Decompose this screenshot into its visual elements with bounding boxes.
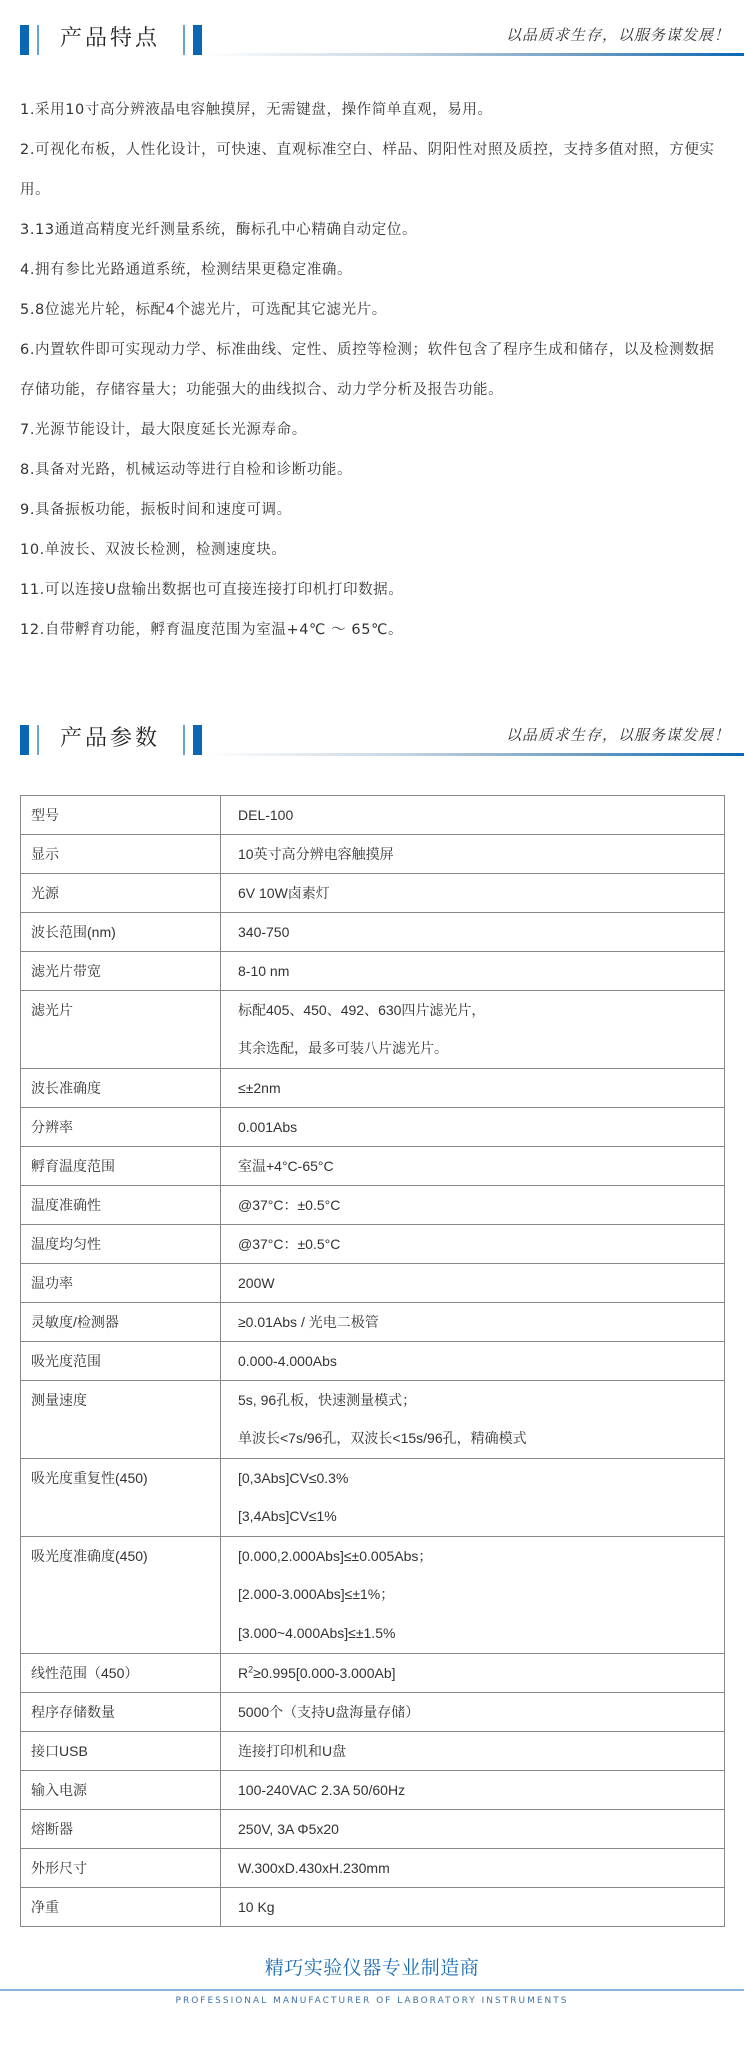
spec-value: W.300xD.430xH.230mm [221, 1849, 725, 1888]
footer-title: 精巧实验仪器专业制造商 [0, 1955, 744, 1981]
table-row: 波长范围(nm) 340-750 [21, 913, 725, 952]
spec-value: @37°C：±0.5°C [221, 1225, 725, 1264]
spec-key: 型号 [21, 796, 221, 835]
spec-value: 250V, 3A Φ5x20 [221, 1810, 725, 1849]
spec-value: DEL-100 [221, 796, 725, 835]
table-row: 线性范围（450） R2≥0.995[0.000-3.000Ab] [21, 1654, 725, 1693]
spec-value: ≤±2nm [221, 1069, 725, 1108]
section-slogan: 以品质求生存，以服务谋发展！ [506, 25, 730, 45]
section-slogan: 以品质求生存，以服务谋发展！ [506, 725, 730, 745]
feature-item: 6.内置软件即可实现动力学、标准曲线、定性、质控等检测；软件包含了程序生成和储存… [20, 330, 720, 410]
spec-key: 显示 [21, 835, 221, 874]
feature-item: 2.可视化布板，人性化设计，可快速、直观标准空白、样品、阴阳性对照及质控，支持多… [20, 130, 720, 210]
table-row: 吸光度范围 0.000-4.000Abs [21, 1342, 725, 1381]
spec-key: 灵敏度/检测器 [21, 1303, 221, 1342]
table-row: 接口USB 连接打印机和U盘 [21, 1732, 725, 1771]
header-bar-decoration [183, 725, 185, 755]
spec-value: 340-750 [221, 913, 725, 952]
feature-item: 1.采用10寸高分辨液晶电容触摸屏，无需键盘，操作简单直观，易用。 [20, 90, 720, 130]
table-row: 熔断器 250V, 3A Φ5x20 [21, 1810, 725, 1849]
table-row: 吸光度重复性(450) [0,3Abs]CV≤0.3% [3,4Abs]CV≤1… [21, 1459, 725, 1537]
footer-divider [0, 1989, 744, 1991]
table-row: 光源 6V 10W卤素灯 [21, 874, 725, 913]
spec-key: 滤光片带宽 [21, 952, 221, 991]
spec-key: 孵育温度范围 [21, 1147, 221, 1186]
header-bar-decoration [20, 25, 29, 55]
table-row: 净重 10 Kg [21, 1888, 725, 1927]
spec-value: 200W [221, 1264, 725, 1303]
spec-value: 0.001Abs [221, 1108, 725, 1147]
spec-value: [0,3Abs]CV≤0.3% [3,4Abs]CV≤1% [221, 1459, 725, 1537]
spec-key: 吸光度重复性(450) [21, 1459, 221, 1537]
features-list: 1.采用10寸高分辨液晶电容触摸屏，无需键盘，操作简单直观，易用。 2.可视化布… [20, 90, 720, 650]
table-row: 分辨率 0.001Abs [21, 1108, 725, 1147]
feature-item: 8.具备对光路，机械运动等进行自检和诊断功能。 [20, 450, 720, 490]
spec-value: 8-10 nm [221, 952, 725, 991]
table-row: 显示 10英寸高分辨电容触摸屏 [21, 835, 725, 874]
table-row: 温功率 200W [21, 1264, 725, 1303]
table-row: 孵育温度范围 室温+4°C-65°C [21, 1147, 725, 1186]
spec-key: 分辨率 [21, 1108, 221, 1147]
spec-value: @37°C：±0.5°C [221, 1186, 725, 1225]
spec-value: 0.000-4.000Abs [221, 1342, 725, 1381]
section-title: 产品特点 [60, 23, 160, 55]
feature-item: 11.可以连接U盘输出数据也可直接连接打印机打印数据。 [20, 570, 720, 610]
header-bar-decoration [183, 25, 185, 55]
spec-key: 温度均匀性 [21, 1225, 221, 1264]
feature-item: 7.光源节能设计，最大限度延长光源寿命。 [20, 410, 720, 450]
spec-value: 5s, 96孔板，快速测量模式； 单波长<7s/96孔，双波长<15s/96孔，… [221, 1381, 725, 1459]
spec-key: 接口USB [21, 1732, 221, 1771]
spec-key: 输入电源 [21, 1771, 221, 1810]
table-row: 滤光片带宽 8-10 nm [21, 952, 725, 991]
table-row: 温度准确性 @37°C：±0.5°C [21, 1186, 725, 1225]
table-row: 测量速度 5s, 96孔板，快速测量模式； 单波长<7s/96孔，双波长<15s… [21, 1381, 725, 1459]
header-gradient-rule [205, 53, 744, 56]
spec-key: 波长准确度 [21, 1069, 221, 1108]
header-bar-decoration [193, 25, 202, 55]
spec-key: 线性范围（450） [21, 1654, 221, 1693]
spec-key: 波长范围(nm) [21, 913, 221, 952]
feature-item: 5.8位滤光片轮，标配4个滤光片，可选配其它滤光片。 [20, 290, 720, 330]
spec-key: 测量速度 [21, 1381, 221, 1459]
header-bar-decoration [37, 725, 39, 755]
spec-key: 光源 [21, 874, 221, 913]
spec-key: 外形尺寸 [21, 1849, 221, 1888]
table-row: 温度均匀性 @37°C：±0.5°C [21, 1225, 725, 1264]
spec-value: 10 Kg [221, 1888, 725, 1927]
feature-item: 10.单波长、双波长检测，检测速度块。 [20, 530, 720, 570]
table-row: 吸光度准确度(450) [0.000,2.000Abs]≤±0.005Abs； … [21, 1537, 725, 1654]
feature-item: 3.13通道高精度光纤测量系统，酶标孔中心精确自动定位。 [20, 210, 720, 250]
table-row: 外形尺寸 W.300xD.430xH.230mm [21, 1849, 725, 1888]
section-header-params: 产品参数 以品质求生存，以服务谋发展！ [0, 717, 744, 761]
spec-key: 吸光度准确度(450) [21, 1537, 221, 1654]
spec-value: ≥0.01Abs / 光电二极管 [221, 1303, 725, 1342]
spec-key: 温功率 [21, 1264, 221, 1303]
table-row: 波长准确度 ≤±2nm [21, 1069, 725, 1108]
footer-subtitle: PROFESSIONAL MANUFACTURER OF LABORATORY … [0, 1995, 744, 2007]
spec-value: 连接打印机和U盘 [221, 1732, 725, 1771]
feature-item: 9.具备振板功能，振板时间和速度可调。 [20, 490, 720, 530]
section-header-features: 产品特点 以品质求生存，以服务谋发展！ [0, 17, 744, 61]
header-gradient-rule [205, 753, 744, 756]
feature-item: 12.自带孵育功能，孵育温度范围为室温+4℃ ～ 65℃。 [20, 610, 720, 650]
spec-value: [0.000,2.000Abs]≤±0.005Abs； [2.000-3.000… [221, 1537, 725, 1654]
spec-value: R2≥0.995[0.000-3.000Ab] [221, 1654, 725, 1693]
table-row: 灵敏度/检测器 ≥0.01Abs / 光电二极管 [21, 1303, 725, 1342]
table-row: 型号 DEL-100 [21, 796, 725, 835]
feature-item: 4.拥有参比光路通道系统，检测结果更稳定准确。 [20, 250, 720, 290]
table-row: 程序存储数量 5000个（支持U盘海量存储） [21, 1693, 725, 1732]
spec-key: 程序存储数量 [21, 1693, 221, 1732]
spec-value: 100-240VAC 2.3A 50/60Hz [221, 1771, 725, 1810]
spec-value: 标配405、450、492、630四片滤光片， 其余选配，最多可装八片滤光片。 [221, 991, 725, 1069]
header-bar-decoration [20, 725, 29, 755]
spec-key: 熔断器 [21, 1810, 221, 1849]
header-bar-decoration [193, 725, 202, 755]
header-bar-decoration [37, 25, 39, 55]
spec-key: 净重 [21, 1888, 221, 1927]
table-row: 滤光片 标配405、450、492、630四片滤光片， 其余选配，最多可装八片滤… [21, 991, 725, 1069]
spec-value: 5000个（支持U盘海量存储） [221, 1693, 725, 1732]
spec-key: 吸光度范围 [21, 1342, 221, 1381]
spec-table: 型号 DEL-100 显示 10英寸高分辨电容触摸屏 光源 6V 10W卤素灯 … [20, 795, 725, 1927]
spec-value: 10英寸高分辨电容触摸屏 [221, 835, 725, 874]
spec-key: 温度准确性 [21, 1186, 221, 1225]
spec-key: 滤光片 [21, 991, 221, 1069]
section-title: 产品参数 [60, 723, 160, 755]
table-row: 输入电源 100-240VAC 2.3A 50/60Hz [21, 1771, 725, 1810]
spec-value: 室温+4°C-65°C [221, 1147, 725, 1186]
spec-value: 6V 10W卤素灯 [221, 874, 725, 913]
